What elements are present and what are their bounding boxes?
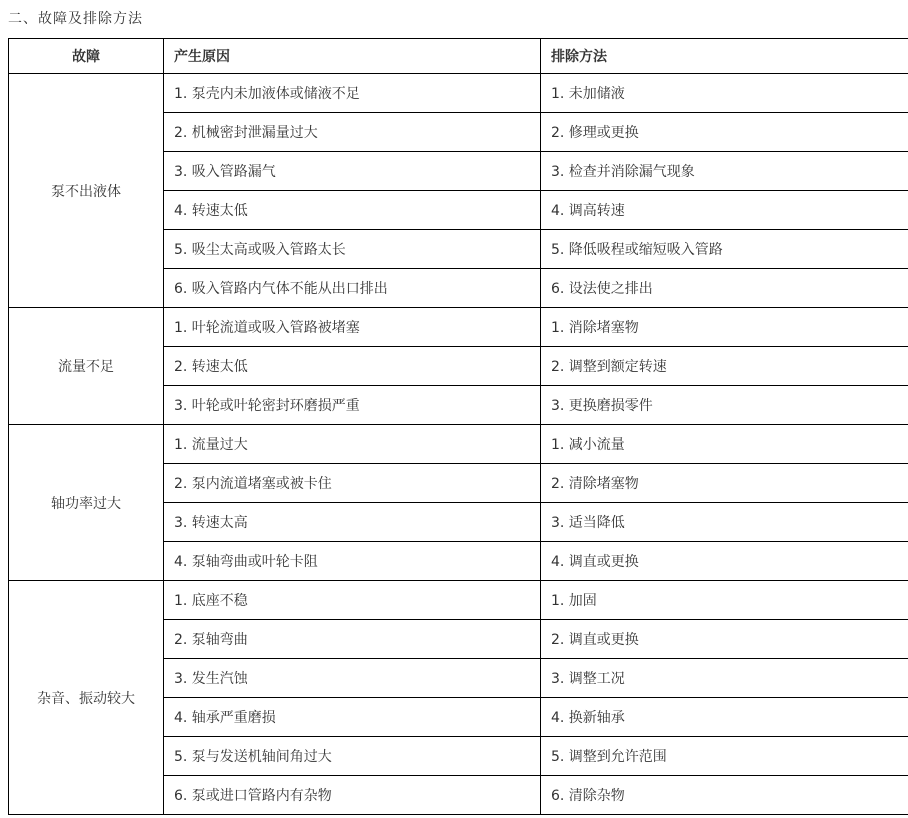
cause-cell: 3. 叶轮或叶轮密封环磨损严重 <box>164 386 541 425</box>
fault-table-body: 泵不出液体1. 泵壳内未加液体或储液不足1. 未加储液2. 机械密封泄漏量过大2… <box>9 74 908 815</box>
cause-cell: 3. 转速太高 <box>164 503 541 542</box>
cause-cell: 6. 吸入管路内气体不能从出口排出 <box>164 269 541 308</box>
solution-cell: 2. 调直或更换 <box>541 620 908 659</box>
cause-cell: 4. 转速太低 <box>164 191 541 230</box>
solution-cell: 2. 调整到额定转速 <box>541 347 908 386</box>
fault-cell: 泵不出液体 <box>9 74 164 308</box>
col-header-fault: 故障 <box>9 39 164 74</box>
cause-cell: 5. 吸尘太高或吸入管路太长 <box>164 230 541 269</box>
solution-cell: 2. 清除堵塞物 <box>541 464 908 503</box>
cause-cell: 3. 发生汽蚀 <box>164 659 541 698</box>
solution-cell: 3. 调整工况 <box>541 659 908 698</box>
solution-cell: 5. 降低吸程或缩短吸入管路 <box>541 230 908 269</box>
solution-cell: 1. 未加储液 <box>541 74 908 113</box>
cause-cell: 2. 泵内流道堵塞或被卡住 <box>164 464 541 503</box>
fault-table-header: 故障 产生原因 排除方法 <box>9 39 908 74</box>
cause-cell: 1. 泵壳内未加液体或储液不足 <box>164 74 541 113</box>
solution-cell: 6. 清除杂物 <box>541 776 908 815</box>
col-header-solution: 排除方法 <box>541 39 908 74</box>
section-title: 二、故障及排除方法 <box>8 11 908 28</box>
cause-cell: 1. 流量过大 <box>164 425 541 464</box>
table-row: 轴功率过大1. 流量过大1. 减小流量 <box>9 425 908 464</box>
solution-cell: 1. 消除堵塞物 <box>541 308 908 347</box>
solution-cell: 4. 调高转速 <box>541 191 908 230</box>
fault-cell: 流量不足 <box>9 308 164 425</box>
col-header-cause: 产生原因 <box>164 39 541 74</box>
solution-cell: 1. 加固 <box>541 581 908 620</box>
table-row: 泵不出液体1. 泵壳内未加液体或储液不足1. 未加储液 <box>9 74 908 113</box>
cause-cell: 4. 轴承严重磨损 <box>164 698 541 737</box>
solution-cell: 2. 修理或更换 <box>541 113 908 152</box>
solution-cell: 3. 适当降低 <box>541 503 908 542</box>
header-row: 故障 产生原因 排除方法 <box>9 39 908 74</box>
solution-cell: 4. 调直或更换 <box>541 542 908 581</box>
cause-cell: 1. 底座不稳 <box>164 581 541 620</box>
solution-cell: 3. 更换磨损零件 <box>541 386 908 425</box>
fault-table: 故障 产生原因 排除方法 泵不出液体1. 泵壳内未加液体或储液不足1. 未加储液… <box>8 38 908 815</box>
cause-cell: 4. 泵轴弯曲或叶轮卡阻 <box>164 542 541 581</box>
cause-cell: 1. 叶轮流道或吸入管路被堵塞 <box>164 308 541 347</box>
solution-cell: 4. 换新轴承 <box>541 698 908 737</box>
solution-cell: 6. 设法使之排出 <box>541 269 908 308</box>
cause-cell: 5. 泵与发送机轴间角过大 <box>164 737 541 776</box>
solution-cell: 1. 减小流量 <box>541 425 908 464</box>
table-row: 流量不足1. 叶轮流道或吸入管路被堵塞1. 消除堵塞物 <box>9 308 908 347</box>
table-row: 杂音、振动较大1. 底座不稳1. 加固 <box>9 581 908 620</box>
cause-cell: 6. 泵或进口管路内有杂物 <box>164 776 541 815</box>
solution-cell: 3. 检查并消除漏气现象 <box>541 152 908 191</box>
solution-cell: 5. 调整到允许范围 <box>541 737 908 776</box>
cause-cell: 2. 转速太低 <box>164 347 541 386</box>
cause-cell: 2. 机械密封泄漏量过大 <box>164 113 541 152</box>
cause-cell: 3. 吸入管路漏气 <box>164 152 541 191</box>
cause-cell: 2. 泵轴弯曲 <box>164 620 541 659</box>
document-page: 二、故障及排除方法 故障 产生原因 排除方法 泵不出液体1. 泵壳内未加液体或储… <box>0 0 908 815</box>
fault-cell: 杂音、振动较大 <box>9 581 164 815</box>
fault-cell: 轴功率过大 <box>9 425 164 581</box>
